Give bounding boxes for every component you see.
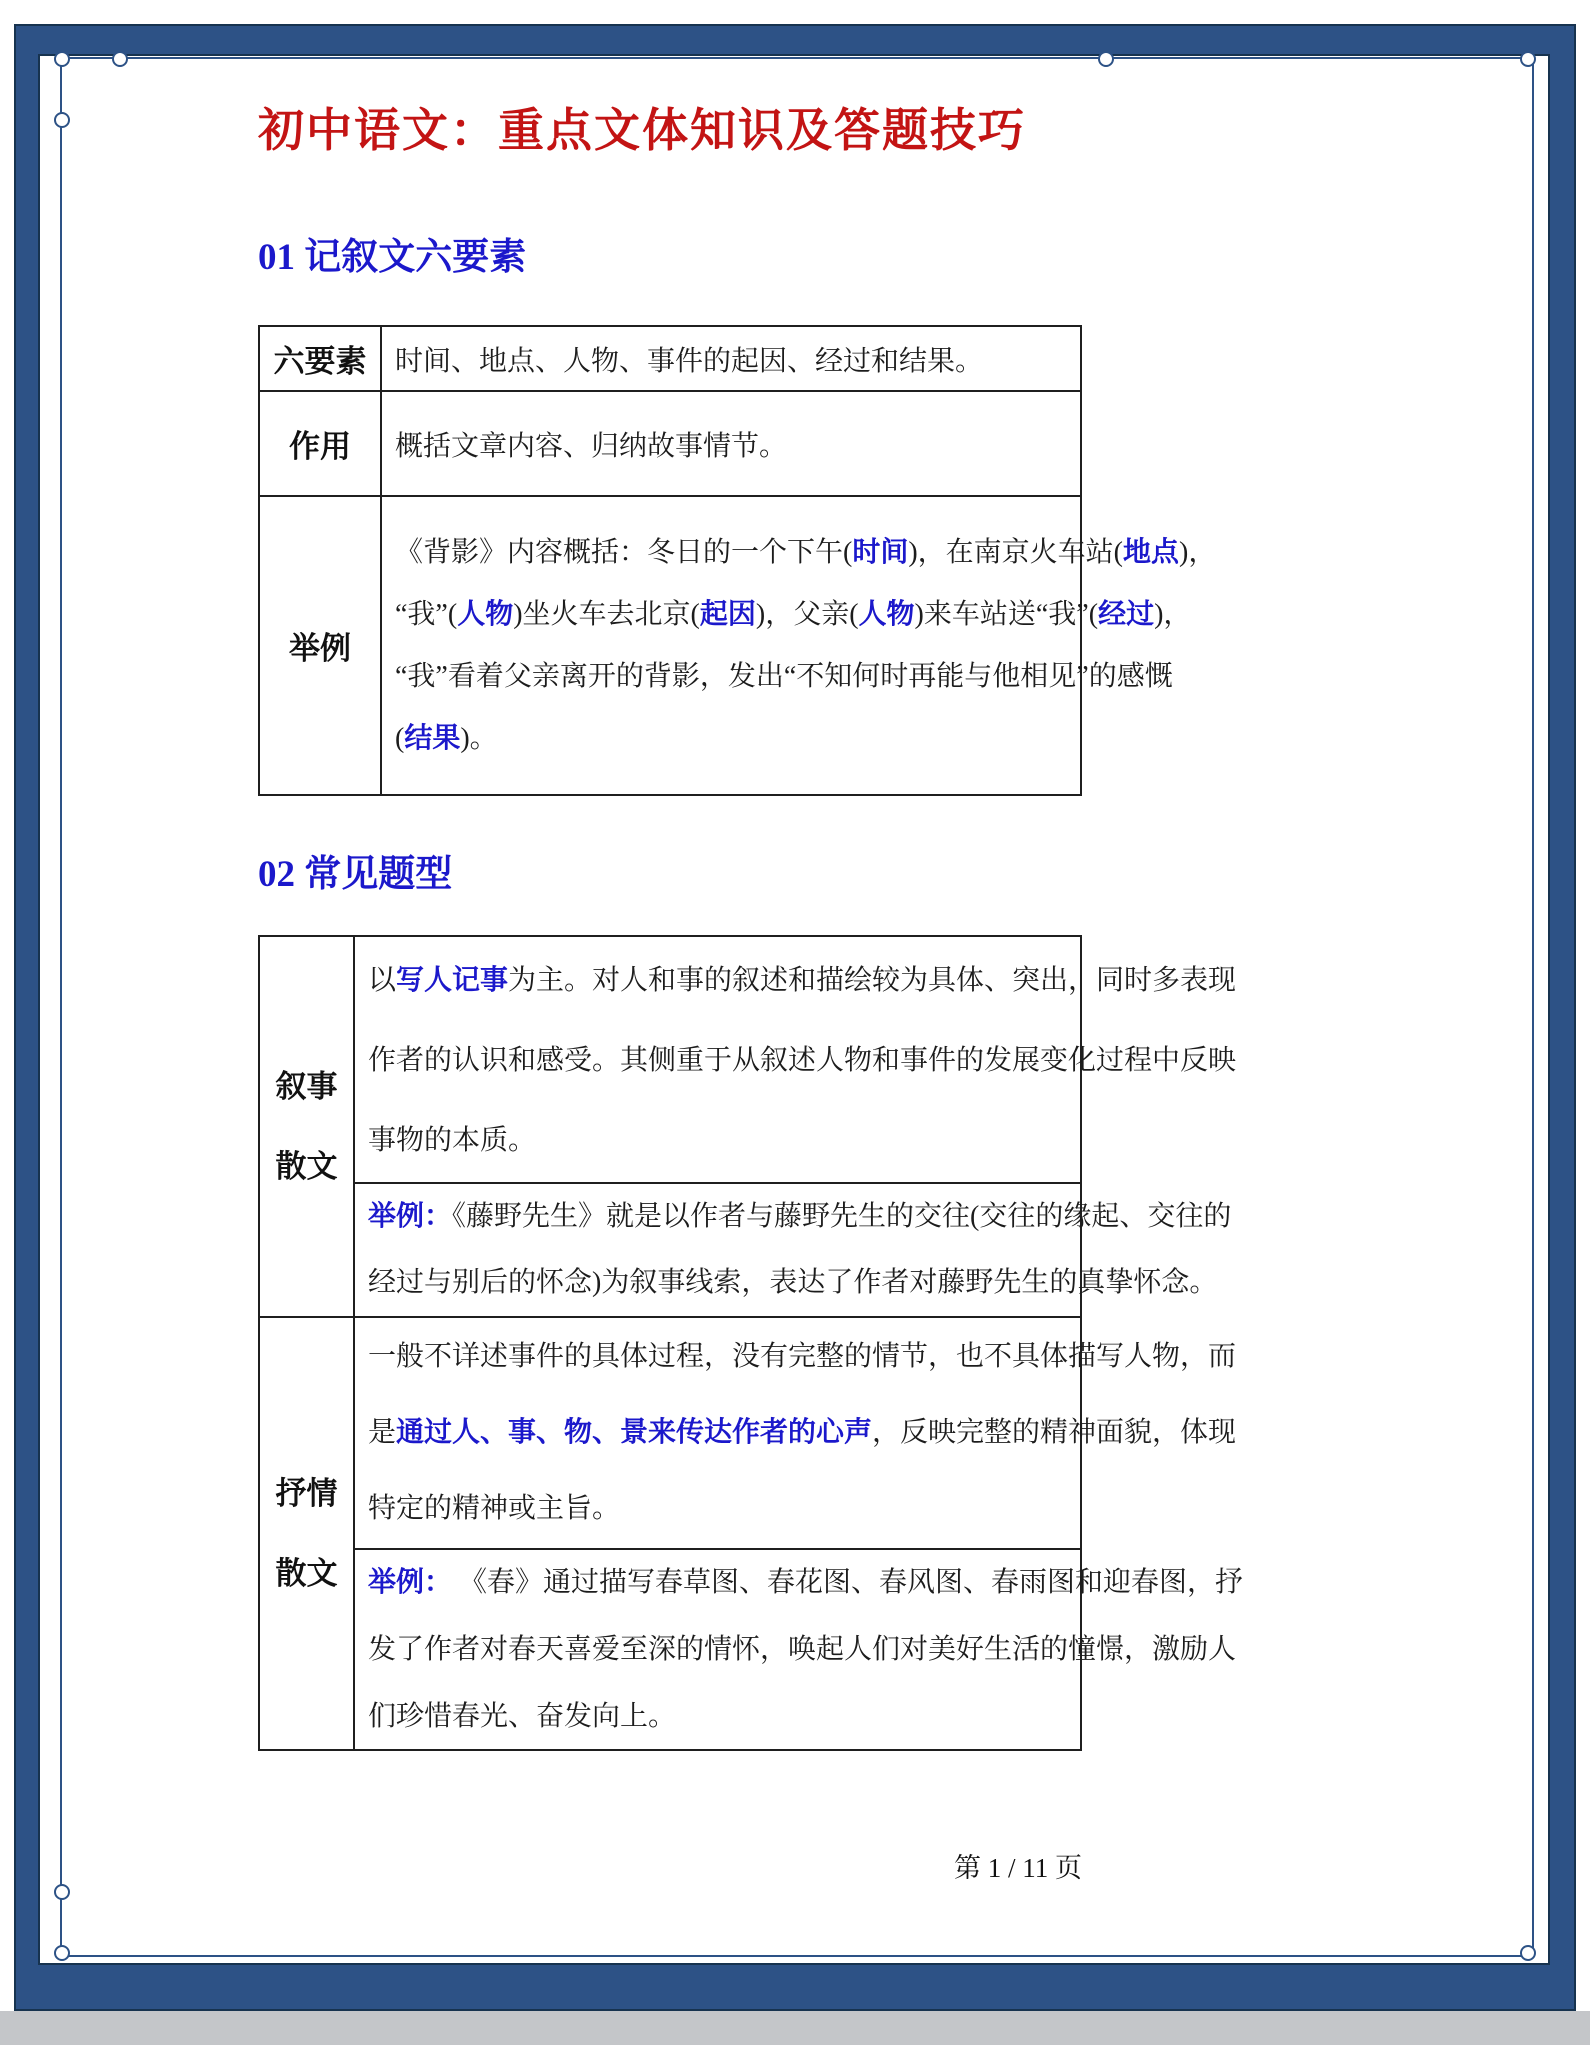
row-label-line: 散文 (276, 1127, 338, 1207)
row-label: 作用 (260, 392, 382, 495)
text-line: 举例：《藤野先生》就是以作者与藤野先生的交往(交往的缘起、交往的 (368, 1184, 1068, 1250)
frame-corner-ornament (54, 1945, 70, 1961)
text-line: (结果)。 (395, 708, 1068, 770)
six-elements-table: 六要素 时间、地点、人物、事件的起因、经过和结果。 作用 概括文章内容、归纳故事… (258, 325, 1082, 796)
text-line: 特定的精神或主旨。 (368, 1471, 1068, 1547)
definition-cell: 以写人记事为主。对人和事的叙述和描绘较为具体、突出，同时多表现 作者的认识和感受… (355, 937, 1080, 1182)
text-line: 作者的认识和感受。其侧重于从叙述人物和事件的发展变化过程中反映 (368, 1021, 1068, 1101)
text-line: “我”(人物)坐火车去北京(起因)，父亲(人物)来车站送“我”(经过)， (395, 584, 1068, 646)
table-row: 举例 《背影》内容概括：冬日的一个下午(时间)，在南京火车站(地点)， “我”(… (260, 495, 1080, 794)
row-content: 一般不详述事件的具体过程，没有完整的情节，也不具体描写人物，而 是通过人、事、物… (355, 1318, 1080, 1749)
text-line: 一般不详述事件的具体过程，没有完整的情节，也不具体描写人物，而 (368, 1319, 1068, 1395)
row-label: 抒情 散文 (260, 1318, 355, 1749)
text-line: 时间、地点、人物、事件的起因、经过和结果。 (395, 339, 1068, 379)
text-line: 以写人记事为主。对人和事的叙述和描绘较为具体、突出，同时多表现 (368, 941, 1068, 1021)
document-page: 初中语文：重点文体知识及答题技巧 01 记叙文六要素 02 常见题型 六要素 时… (0, 0, 1590, 2045)
section-heading-01: 01 记叙文六要素 (258, 226, 526, 280)
example-cell: 举例： 《春》通过描写春草图、春花图、春风图、春雨图和迎春图，抒 发了作者对春天… (355, 1548, 1080, 1749)
text-line: 举例： 《春》通过描写春草图、春花图、春风图、春雨图和迎春图，抒 (368, 1549, 1068, 1616)
text-line: 事物的本质。 (368, 1101, 1068, 1181)
section-heading-02: 02 常见题型 (258, 843, 452, 897)
text-line: “我”看着父亲离开的背影，发出“不知何时再能与他相见”的感慨 (395, 646, 1068, 708)
frame-edge-ornament (1098, 51, 1114, 67)
frame-corner-ornament (54, 51, 70, 67)
text-line: 概括文章内容、归纳故事情节。 (395, 424, 1068, 464)
row-content: 时间、地点、人物、事件的起因、经过和结果。 (382, 327, 1080, 390)
text-line: 是通过人、事、物、景来传达作者的心声，反映完整的精神面貌，体现 (368, 1395, 1068, 1471)
frame-corner-ornament (1520, 1945, 1536, 1961)
row-label-line: 散文 (276, 1534, 338, 1614)
row-label-line: 叙事 (276, 1047, 338, 1127)
frame-corner-ornament (1520, 51, 1536, 67)
row-label-line: 抒情 (276, 1454, 338, 1534)
table-row: 抒情 散文 一般不详述事件的具体过程，没有完整的情节，也不具体描写人物，而 是通… (260, 1316, 1080, 1749)
row-label: 举例 (260, 497, 382, 794)
text-line: 发了作者对春天喜爱至深的情怀，唤起人们对美好生活的憧憬，激励人 (368, 1616, 1068, 1683)
example-cell: 举例：《藤野先生》就是以作者与藤野先生的交往(交往的缘起、交往的 经过与别后的怀… (355, 1182, 1080, 1316)
table-row: 叙事 散文 以写人记事为主。对人和事的叙述和描绘较为具体、突出，同时多表现 作者… (260, 937, 1080, 1316)
row-content: 概括文章内容、归纳故事情节。 (382, 392, 1080, 495)
text-line: 经过与别后的怀念)为叙事线索，表达了作者对藤野先生的真挚怀念。 (368, 1250, 1068, 1316)
text-line: 们珍惜春光、奋发向上。 (368, 1683, 1068, 1750)
page-number: 第 1 / 11 页 (258, 1846, 1082, 1885)
frame-edge-ornament (112, 51, 128, 67)
row-content: 《背影》内容概括：冬日的一个下午(时间)，在南京火车站(地点)， “我”(人物)… (382, 497, 1080, 794)
text-line: 《背影》内容概括：冬日的一个下午(时间)，在南京火车站(地点)， (395, 522, 1068, 584)
question-types-table: 叙事 散文 以写人记事为主。对人和事的叙述和描绘较为具体、突出，同时多表现 作者… (258, 935, 1082, 1751)
frame-edge-ornament (54, 1884, 70, 1900)
screenshot-bottom-strip (0, 2011, 1590, 2045)
frame-edge-ornament (54, 112, 70, 128)
definition-cell: 一般不详述事件的具体过程，没有完整的情节，也不具体描写人物，而 是通过人、事、物… (355, 1318, 1080, 1548)
table-row: 六要素 时间、地点、人物、事件的起因、经过和结果。 (260, 327, 1080, 390)
row-content: 以写人记事为主。对人和事的叙述和描绘较为具体、突出，同时多表现 作者的认识和感受… (355, 937, 1080, 1316)
page-title: 初中语文：重点文体知识及答题技巧 (258, 94, 1026, 160)
row-label: 六要素 (260, 327, 382, 390)
table-row: 作用 概括文章内容、归纳故事情节。 (260, 390, 1080, 495)
row-label: 叙事 散文 (260, 937, 355, 1316)
